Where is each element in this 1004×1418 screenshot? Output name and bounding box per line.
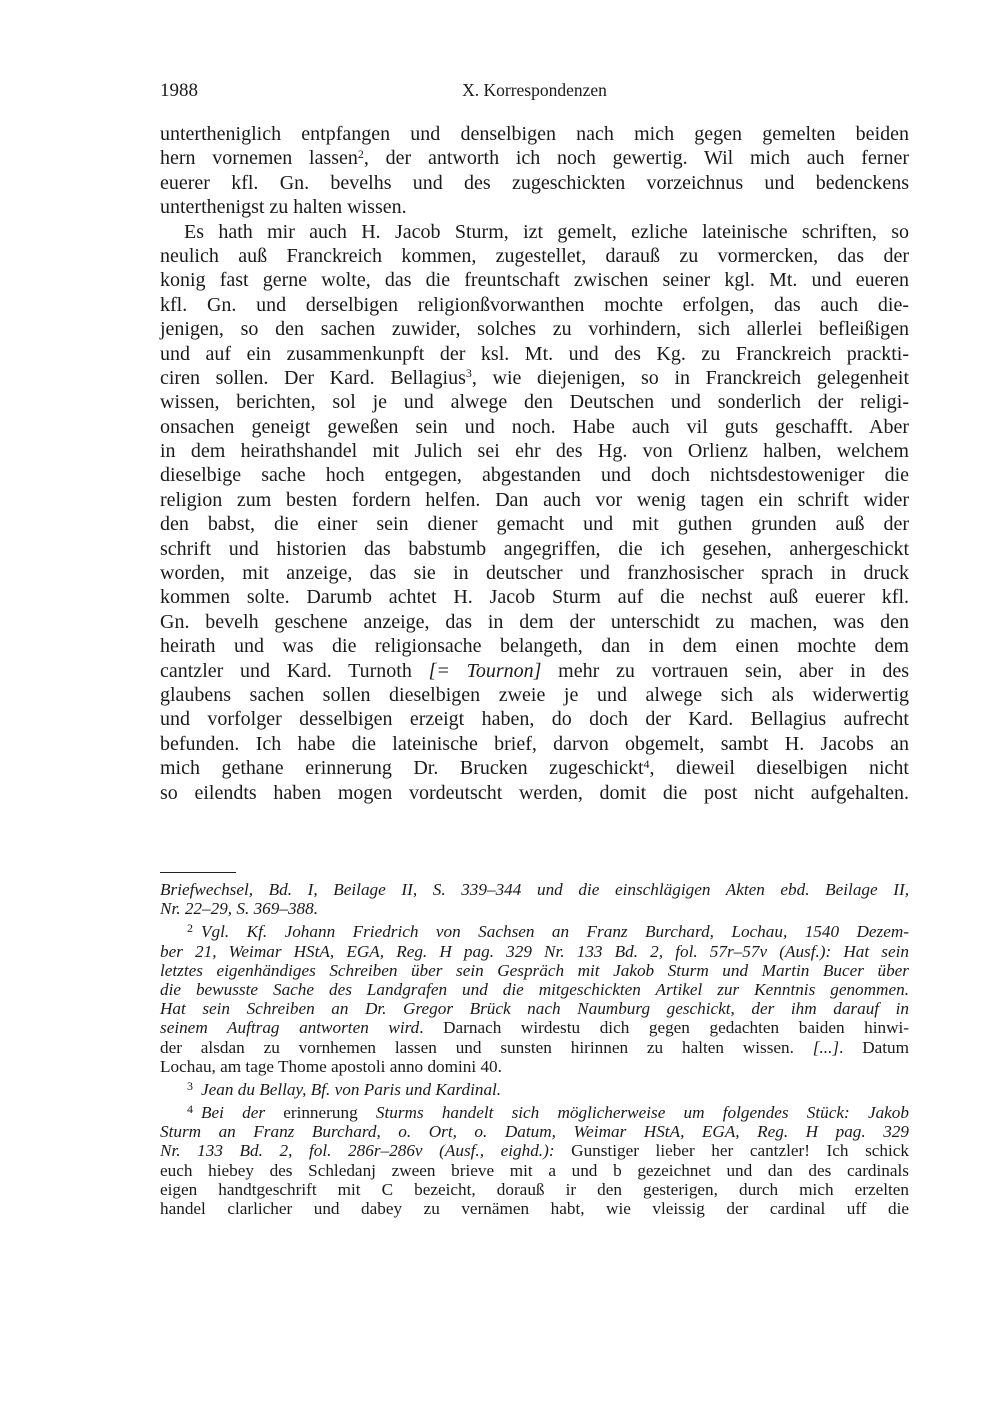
footnote-line: Sturm an Franz Burchard, o. Ort, o. Datu… — [160, 1122, 909, 1141]
footnote-2: 2Vgl. Kf. Johann Friedrich von Sachsen a… — [160, 922, 909, 941]
text-line: ciren sollen. Der Kard. Bellagius3, wie … — [160, 366, 909, 390]
footnote-line: Nr. 133 Bd. 2, fol. 286r–286v (Ausf., ei… — [160, 1141, 909, 1160]
text-line: kommen solte. Darumb achtet H. Jacob Stu… — [160, 585, 909, 609]
text-line: jenigen, so den sachen zuwider, solches … — [160, 317, 909, 341]
text-line: mich gethane erinnerung Dr. Brucken zuge… — [160, 756, 909, 780]
running-head: X. Korrespondenzen — [160, 80, 909, 101]
text-line: Gn. bevelh geschene anzeige, das in dem … — [160, 610, 909, 634]
footnote-ref-4[interactable]: 4 — [644, 757, 650, 771]
footnote-4: 4Bei der erinnerung Sturms handelt sich … — [160, 1103, 909, 1122]
footnote-line: ber 21, Weimar HStA, EGA, Reg. H pag. 32… — [160, 942, 909, 961]
paragraph-start: Es hath mir auch H. Jacob Sturm, izt gem… — [160, 220, 909, 244]
footnote-text: Jean du Bellay, Bf. von Paris und Kardin… — [201, 1080, 501, 1099]
footnote-line: die bewusste Sache des Landgrafen und di… — [160, 980, 909, 999]
ellipsis-mark: [...] — [813, 1038, 839, 1057]
text-line: wissen, berichten, sol je und alwege den… — [160, 390, 909, 414]
text-line: den babst, die einer sein diener gemacht… — [160, 512, 909, 536]
page-header: 1988 X. Korrespondenzen — [160, 80, 909, 106]
text-span: cantzler und Kard. Turnoth — [160, 660, 429, 682]
text-span: , dieweil dieselbigen nicht — [650, 757, 909, 779]
text-line: und auf ein zusammenkunpft der ksl. Mt. … — [160, 342, 909, 366]
text-line: schrift und historien das babstumb angeg… — [160, 537, 909, 561]
text-line: euerer kfl. Gn. bevelhs und des zugeschi… — [160, 171, 909, 195]
text-line: und vorfolger desselbigen erzeigt haben,… — [160, 707, 909, 731]
footnote-number: 3 — [187, 1079, 193, 1093]
footnote-ref-3[interactable]: 3 — [466, 366, 472, 380]
footnote-continuation-line: Nr. 22–29, S. 369–388. — [160, 899, 909, 918]
footnote-3: 3Jean du Bellay, Bf. von Paris und Kardi… — [160, 1080, 909, 1099]
footnote-text: . Darnach wirdestu dich gegen gedachten … — [419, 1018, 909, 1037]
footnote-number: 4 — [187, 1102, 193, 1116]
text-span: mich gethane erinnerung Dr. Brucken zuge… — [160, 757, 644, 779]
text-span: mehr zu vortrauen sein, aber in des — [541, 660, 909, 682]
footnote-line: Lochau, am tage Thome apostoli anno domi… — [160, 1057, 909, 1076]
footnote-text: Nr. 133 Bd. 2, fol. 286r–286v (Ausf., ei… — [160, 1141, 555, 1160]
footnote-line: der alsdan zu vornhemen lassen und sunst… — [160, 1038, 909, 1057]
text-line: untertheniglich entpfangen und denselbig… — [160, 122, 909, 146]
footnote-line: handel clarlicher und dabey zu vernämen … — [160, 1199, 909, 1218]
footnotes: Briefwechsel, Bd. I, Beilage II, S. 339–… — [160, 880, 909, 1218]
text-line: in dem heirathshandel mit Julich sei ehr… — [160, 439, 909, 463]
text-line: onsachen geneigt geweßen sein und noch. … — [160, 415, 909, 439]
text-line: konig fast gerne wolte, das die freuntsc… — [160, 268, 909, 292]
footnote-ref-2[interactable]: 2 — [358, 147, 364, 161]
text-line: glaubens sachen sollen dieselbigen zweie… — [160, 683, 909, 707]
text-line: befunden. Ich habe die lateinische brief… — [160, 732, 909, 756]
footnote-continuation-line: Briefwechsel, Bd. I, Beilage II, S. 339–… — [160, 880, 909, 899]
footnote-line: Hat sein Schreiben an Dr. Gregor Brück n… — [160, 999, 909, 1018]
footnote-number: 2 — [187, 921, 193, 935]
footnote-text: der alsdan zu vornhemen lassen und sunst… — [160, 1038, 813, 1057]
text-span: , wie diejenigen, so in Franckreich gele… — [472, 367, 909, 389]
footnote-line: eigen handtgeschrift mit C bezeicht, dor… — [160, 1180, 909, 1199]
text-line: so eilendts haben mogen vordeutscht werd… — [160, 781, 909, 805]
footnote-text: Gunstiger lieber her cantzler! Ich schic… — [555, 1141, 909, 1160]
text-span: ciren sollen. Der Kard. Bellagius — [160, 367, 466, 389]
document-page: 1988 X. Korrespondenzen untertheniglich … — [0, 0, 1004, 1418]
text-span: hern vornemen lassen — [160, 147, 358, 169]
text-line: cantzler und Kard. Turnoth [= Tournon] m… — [160, 659, 909, 683]
footnote-line: seinem Auftrag antworten wird. Darnach w… — [160, 1018, 909, 1037]
text-span: , der antworth ich noch gewertig. Wil mi… — [364, 147, 909, 169]
footnote-text: Vgl. Kf. Johann Friedrich von Sachsen an… — [201, 922, 909, 941]
footnote-text: erinnerung — [265, 1103, 376, 1122]
text-line: kfl. Gn. und derselbigen religionßvorwan… — [160, 293, 909, 317]
text-line: hern vornemen lassen2, der antworth ich … — [160, 146, 909, 170]
main-text: untertheniglich entpfangen und denselbig… — [160, 122, 909, 805]
footnote-text: Sturms handelt sich möglicherweise um fo… — [376, 1103, 909, 1122]
text-line: neulich auß Franckreich kommen, zugestel… — [160, 244, 909, 268]
footnote-line: letztes eigenhändiges Schreiben über sei… — [160, 961, 909, 980]
text-line: unterthenigst zu halten wissen. — [160, 195, 909, 219]
text-line: dieselbige sache hoch entgegen, abgestan… — [160, 463, 909, 487]
text-line: heirath und was die religionsache belang… — [160, 634, 909, 658]
footnote-line: euch hiebey des Schledanj zween brieve m… — [160, 1161, 909, 1180]
footnote-text: Bei der — [201, 1103, 265, 1122]
footnote-separator — [160, 872, 236, 873]
footnote-text: seinem Auftrag antworten wird — [160, 1018, 419, 1037]
footnote-text: . Datum — [839, 1038, 909, 1057]
editorial-note: [= Tournon] — [429, 660, 542, 682]
text-line: worden, mit anzeige, das sie in deutsche… — [160, 561, 909, 585]
text-line: religion zum besten fordern helfen. Dan … — [160, 488, 909, 512]
